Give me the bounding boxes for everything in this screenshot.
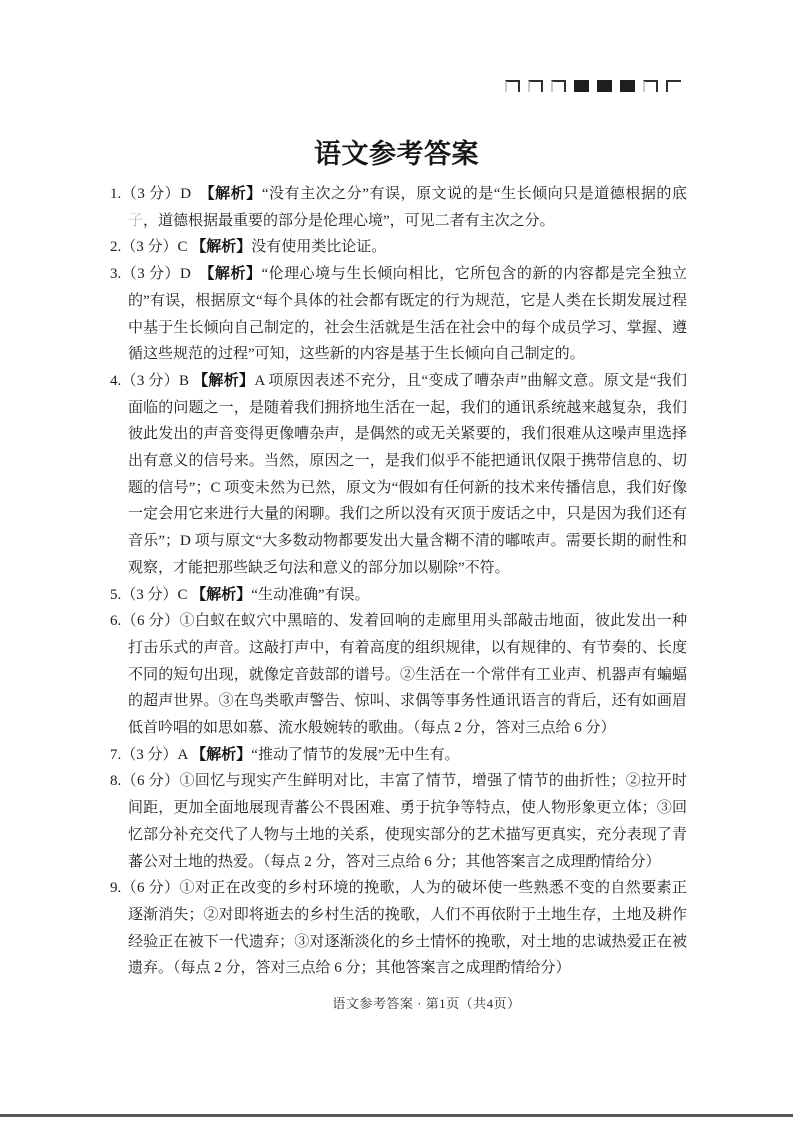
jiexi-tag: 【解析】 xyxy=(191,238,251,255)
filled-mark-icon xyxy=(620,80,635,92)
faded-character: 子 xyxy=(128,213,143,229)
answer-number: 8.（6 分） xyxy=(110,773,179,789)
footer-text: 语文参考答案 · 第1页（共4页） xyxy=(332,996,520,1011)
jiexi-tag: 【解析】 xyxy=(193,372,254,389)
answer-text: “推动了情节的发展”无中生有。 xyxy=(251,747,459,763)
answer-number: 1.（3 分）D xyxy=(110,186,207,202)
answer-number: 5.（3 分）C xyxy=(110,587,191,603)
answer-text: A 项原因表述不充分，且“变成了嘈杂声”曲解文意。原文是“我们面临的问题之一，是… xyxy=(128,373,687,576)
page-footer: 语文参考答案 · 第1页（共4页） xyxy=(0,993,793,1012)
answer-text: ①对正在改变的乡村环境的挽歌，人为的破坏使一些熟悉不变的自然要素正逐渐消失；②对… xyxy=(128,880,687,976)
answer-item-1: 1.（3 分）D 【解析】“没有主次之分”有误，原文说的是“生长倾向只是道德根据… xyxy=(110,181,687,234)
answer-number: 2.（3 分）C xyxy=(110,239,191,255)
outline-mark-icon xyxy=(643,80,658,92)
answer-item-8: 8.（6 分）①回忆与现实产生鲜明对比，丰富了情节，增强了情节的曲折性；②拉开时… xyxy=(110,768,687,875)
answer-item-5: 5.（3 分）C 【解析】“生动准确”有误。 xyxy=(110,582,687,609)
answer-text: ①白蚁在蚁穴中黑暗的、发着回响的走廊里用头部敲击地面，彼此发出一种打击乐式的声音… xyxy=(128,613,687,736)
answer-text: ①回忆与现实产生鲜明对比，丰富了情节，增强了情节的曲折性；②拉开时间距，更加全面… xyxy=(128,773,687,869)
answer-number: 3.（3 分）D xyxy=(110,266,207,282)
answer-text: 没有使用类比论证。 xyxy=(251,239,386,255)
outline-mark-icon xyxy=(666,80,681,92)
answer-item-7: 7.（3 分）A 【解析】“推动了情节的发展”无中生有。 xyxy=(110,742,687,769)
answer-number: 9.（6 分） xyxy=(110,880,179,896)
answer-item-3: 3.（3 分）D 【解析】“伦理心境与生长倾向相比，它所包含的新的内容都是完全独… xyxy=(110,261,687,368)
answer-text: ，道德根据最重要的部分是伦理心境”，可见二者有主次之分。 xyxy=(143,213,555,229)
answer-text: “生动准确”有误。 xyxy=(251,587,369,603)
answers-list: 1.（3 分）D 【解析】“没有主次之分”有误，原文说的是“生长倾向只是道德根据… xyxy=(110,181,687,982)
jiexi-tag: 【解析】 xyxy=(191,746,251,763)
answer-item-4: 4.（3 分）B 【解析】A 项原因表述不充分，且“变成了嘈杂声”曲解文意。原文… xyxy=(110,368,687,582)
jiexi-tag: 【解析】 xyxy=(207,185,262,202)
outline-mark-icon xyxy=(505,80,520,92)
answer-number: 7.（3 分）A xyxy=(110,747,191,763)
jiexi-tag: 【解析】 xyxy=(207,265,262,282)
answer-item-9: 9.（6 分）①对正在改变的乡村环境的挽歌，人为的破坏使一些熟悉不变的自然要素正… xyxy=(110,875,687,982)
jiexi-tag: 【解析】 xyxy=(191,586,251,603)
filled-mark-icon xyxy=(597,80,612,92)
answer-number: 6.（6 分） xyxy=(110,613,179,629)
answer-text: “没有主次之分”有误，原文说的是“生长倾向只是道德根据的底 xyxy=(262,186,687,202)
scan-edge-line xyxy=(0,1114,793,1117)
scanned-answer-sheet-page: 语文参考答案 1.（3 分）D 【解析】“没有主次之分”有误，原文说的是“生长倾… xyxy=(0,0,793,1122)
answer-number: 4.（3 分）B xyxy=(110,373,193,389)
outline-mark-icon xyxy=(528,80,543,92)
answer-item-6: 6.（6 分）①白蚁在蚁穴中黑暗的、发着回响的走廊里用头部敲击地面，彼此发出一种… xyxy=(110,608,687,742)
page-title: 语文参考答案 xyxy=(0,132,793,171)
registration-marks xyxy=(505,80,681,92)
answer-item-2: 2.（3 分）C 【解析】没有使用类比论证。 xyxy=(110,234,687,261)
filled-mark-icon xyxy=(574,80,589,92)
outline-mark-icon xyxy=(551,80,566,92)
